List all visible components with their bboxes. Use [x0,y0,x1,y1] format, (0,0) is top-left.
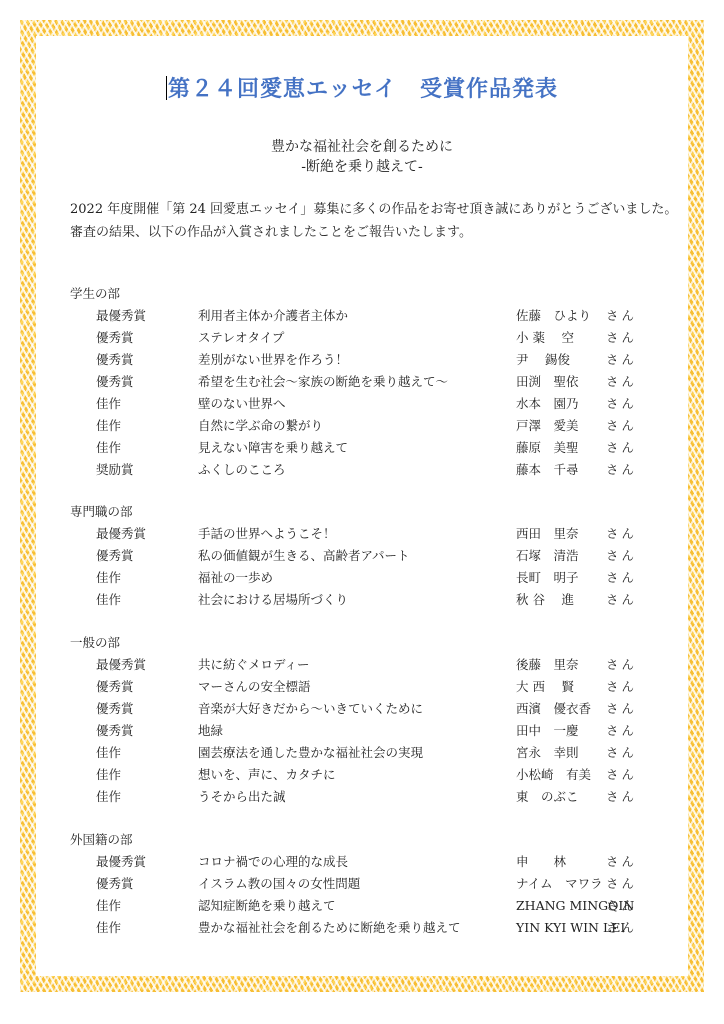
subtitle-main: 豊かな福祉社会を創るために [0,136,724,156]
work-title: マーさんの安全標語 [198,676,311,698]
work-title: コロナ禍での心理的な成長 [198,851,348,873]
work-title: 壁のない世界へ [198,393,286,415]
work-title: 社会における居場所づくり [198,589,348,611]
honorific: さん [606,567,637,589]
award-row: 佳作自然に学ぶ命の繋がり戸澤 愛美さん [70,415,120,437]
winner-name: 戸澤 愛美 [516,415,579,437]
award-row: 佳作見えない障害を乗り越えて藤原 美聖さん [70,437,120,459]
work-title: 差別がない世界を作ろう！ [198,349,348,371]
intro-paragraph: 2022 年度開催「第 24 回愛恵エッセイ」募集に多くの作品をお寄せ頂き誠にあ… [70,198,690,244]
winner-name: 水本 園乃 [516,393,579,415]
award-row: 優秀賞希望を生む社会～家族の断絶を乗り越えて～田渕 聖依さん [70,371,120,393]
winner-name: 秋 谷 進 [516,589,574,611]
award-category: 優秀賞 [96,698,134,720]
award-category: 佳作 [96,742,121,764]
award-row: 最優秀賞コロナ禍での心理的な成長申 林さん [70,851,133,873]
work-title: 地緑 [198,720,223,742]
award-category: 優秀賞 [96,349,134,371]
honorific: さん [606,371,637,393]
winner-name: 小松崎 有美 [516,764,591,786]
work-title: 音楽が大好きだから～いきていくために [198,698,423,720]
work-title: 私の価値観が生きる、高齢者アパート [198,545,410,567]
award-row: 最優秀賞利用者主体か介護者主体か佐藤 ひよりさん [70,305,120,327]
award-row: 佳作うそから出た誠東 のぶこさん [70,786,120,808]
winner-name: 藤本 千尋 [516,459,579,481]
honorific: さん [606,873,637,895]
work-title: 園芸療法を通した豊かな福祉社会の実現 [198,742,423,764]
winner-name: 佐藤 ひより [516,305,591,327]
award-category: 佳作 [96,764,121,786]
award-row: 佳作社会における居場所づくり秋 谷 進さん [70,589,133,611]
honorific: さん [606,917,637,939]
winner-name: 田渕 聖依 [516,371,579,393]
winner-name: ナイム マワラ [516,873,603,895]
award-category: 優秀賞 [96,371,134,393]
work-title: 想いを、声に、カタチに [198,764,336,786]
award-category: 最優秀賞 [96,851,146,873]
honorific: さん [606,327,637,349]
honorific: さん [606,742,637,764]
award-category: 佳作 [96,917,121,939]
work-title: 手話の世界へようこそ！ [198,523,336,545]
work-title: ステレオタイプ [198,327,284,349]
work-title: 見えない障害を乗り越えて [198,437,348,459]
winner-name: 後藤 里奈 [516,654,579,676]
honorific: さん [606,349,637,371]
winner-name: 石塚 清浩 [516,545,579,567]
award-category: 最優秀賞 [96,305,146,327]
award-category: 佳作 [96,415,121,437]
intro-line: 2022 年度開催「第 24 回愛恵エッセイ」募集に多くの作品をお寄せ頂き誠にあ… [70,198,690,221]
honorific: さん [606,589,637,611]
section-label: 学生の部 [70,283,120,305]
winner-name: 西濱 優衣香 [516,698,591,720]
honorific: さん [606,459,637,481]
winner-name: 東 のぶこ [516,786,579,808]
award-row: 最優秀賞共に紡ぐメロディー後藤 里奈さん [70,654,120,676]
winner-name: 大 西 賢 [516,676,574,698]
award-category: 佳作 [96,895,121,917]
honorific: さん [606,437,637,459]
award-row: 優秀賞私の価値観が生きる、高齢者アパート石塚 清浩さん [70,545,133,567]
award-row: 佳作豊かな福祉社会を創るために断絶を乗り越えてYIN KYI WIN LEIさん [70,917,133,939]
award-row: 佳作想いを、声に、カタチに小松崎 有美さん [70,764,120,786]
award-category: 佳作 [96,393,121,415]
winner-name: 小 薬 空 [516,327,574,349]
work-title: うそから出た誠 [198,786,286,808]
work-title: 自然に学ぶ命の繋がり [198,415,323,437]
award-category: 優秀賞 [96,720,134,742]
award-row: 奨励賞ふくしのこころ藤本 千尋さん [70,459,120,481]
work-title: 利用者主体か介護者主体か [198,305,348,327]
subtitle-sub: -断絶を乗り越えて- [0,156,724,176]
honorific: さん [606,305,637,327]
award-row: 最優秀賞手話の世界へようこそ！西田 里奈さん [70,523,133,545]
honorific: さん [606,720,637,742]
section-professionals: 専門職の部 最優秀賞手話の世界へようこそ！西田 里奈さん優秀賞私の価値観が生きる… [70,501,133,611]
award-category: 優秀賞 [96,545,134,567]
honorific: さん [606,764,637,786]
intro-line: 審査の結果、以下の作品が入賞されましたことをご報告いたします。 [70,221,690,244]
award-category: 佳作 [96,786,121,808]
award-category: 最優秀賞 [96,523,146,545]
award-category: 佳作 [96,437,121,459]
honorific: さん [606,895,637,917]
award-category: 優秀賞 [96,327,134,349]
winner-name: 西田 里奈 [516,523,579,545]
honorific: さん [606,393,637,415]
honorific: さん [606,676,637,698]
award-category: 佳作 [96,589,121,611]
page-title-text: 第２４回愛恵エッセイ 受賞作品発表 [168,77,558,102]
award-row: 佳作園芸療法を通した豊かな福祉社会の実現宮永 幸則さん [70,742,120,764]
award-row: 優秀賞イスラム教の国々の女性問題ナイム マワラさん [70,873,133,895]
work-title: イスラム教の国々の女性問題 [198,873,360,895]
work-title: 希望を生む社会～家族の断絶を乗り越えて～ [198,371,448,393]
award-row: 優秀賞地緑田中 一慶さん [70,720,120,742]
honorific: さん [606,851,637,873]
award-row: 優秀賞差別がない世界を作ろう！尹 錫俊さん [70,349,120,371]
award-row: 優秀賞ステレオタイプ小 薬 空さん [70,327,120,349]
winner-name: 長町 明子 [516,567,579,589]
winner-name: 藤原 美聖 [516,437,579,459]
award-category: 奨励賞 [96,459,134,481]
winner-name: 申 林 [516,851,566,873]
section-foreign-nationals: 外国籍の部 最優秀賞コロナ禍での心理的な成長申 林さん優秀賞イスラム教の国々の女… [70,829,133,939]
work-title: 福祉の一歩め [198,567,273,589]
award-category: 最優秀賞 [96,654,146,676]
work-title: 認知症断絶を乗り越えて [198,895,336,917]
text-cursor [166,76,167,100]
work-title: 共に紡ぐメロディー [198,654,310,676]
section-label: 一般の部 [70,632,120,654]
section-general: 一般の部 最優秀賞共に紡ぐメロディー後藤 里奈さん優秀賞マーさんの安全標語大 西… [70,632,120,808]
award-category: 優秀賞 [96,873,134,895]
work-title: ふくしのこころ [198,459,286,481]
section-students: 学生の部 最優秀賞利用者主体か介護者主体か佐藤 ひよりさん優秀賞ステレオタイプ小… [70,283,120,481]
honorific: さん [606,523,637,545]
honorific: さん [606,698,637,720]
honorific: さん [606,545,637,567]
section-label: 外国籍の部 [70,829,133,851]
winner-name: 宮永 幸則 [516,742,579,764]
award-category: 優秀賞 [96,676,134,698]
section-label: 専門職の部 [70,501,133,523]
winner-name: 田中 一慶 [516,720,579,742]
honorific: さん [606,415,637,437]
winner-name: 尹 錫俊 [516,349,570,371]
award-row: 佳作壁のない世界へ水本 園乃さん [70,393,120,415]
award-category: 佳作 [96,567,121,589]
award-row: 優秀賞音楽が大好きだから～いきていくために西濱 優衣香さん [70,698,120,720]
work-title: 豊かな福祉社会を創るために断絶を乗り越えて [198,917,461,939]
page-title: 第２４回愛恵エッセイ 受賞作品発表 [0,72,724,103]
honorific: さん [606,654,637,676]
award-row: 佳作認知症断絶を乗り越えてZHANG MINGQINさん [70,895,133,917]
award-row: 佳作福祉の一歩め長町 明子さん [70,567,133,589]
honorific: さん [606,786,637,808]
award-row: 優秀賞マーさんの安全標語大 西 賢さん [70,676,120,698]
